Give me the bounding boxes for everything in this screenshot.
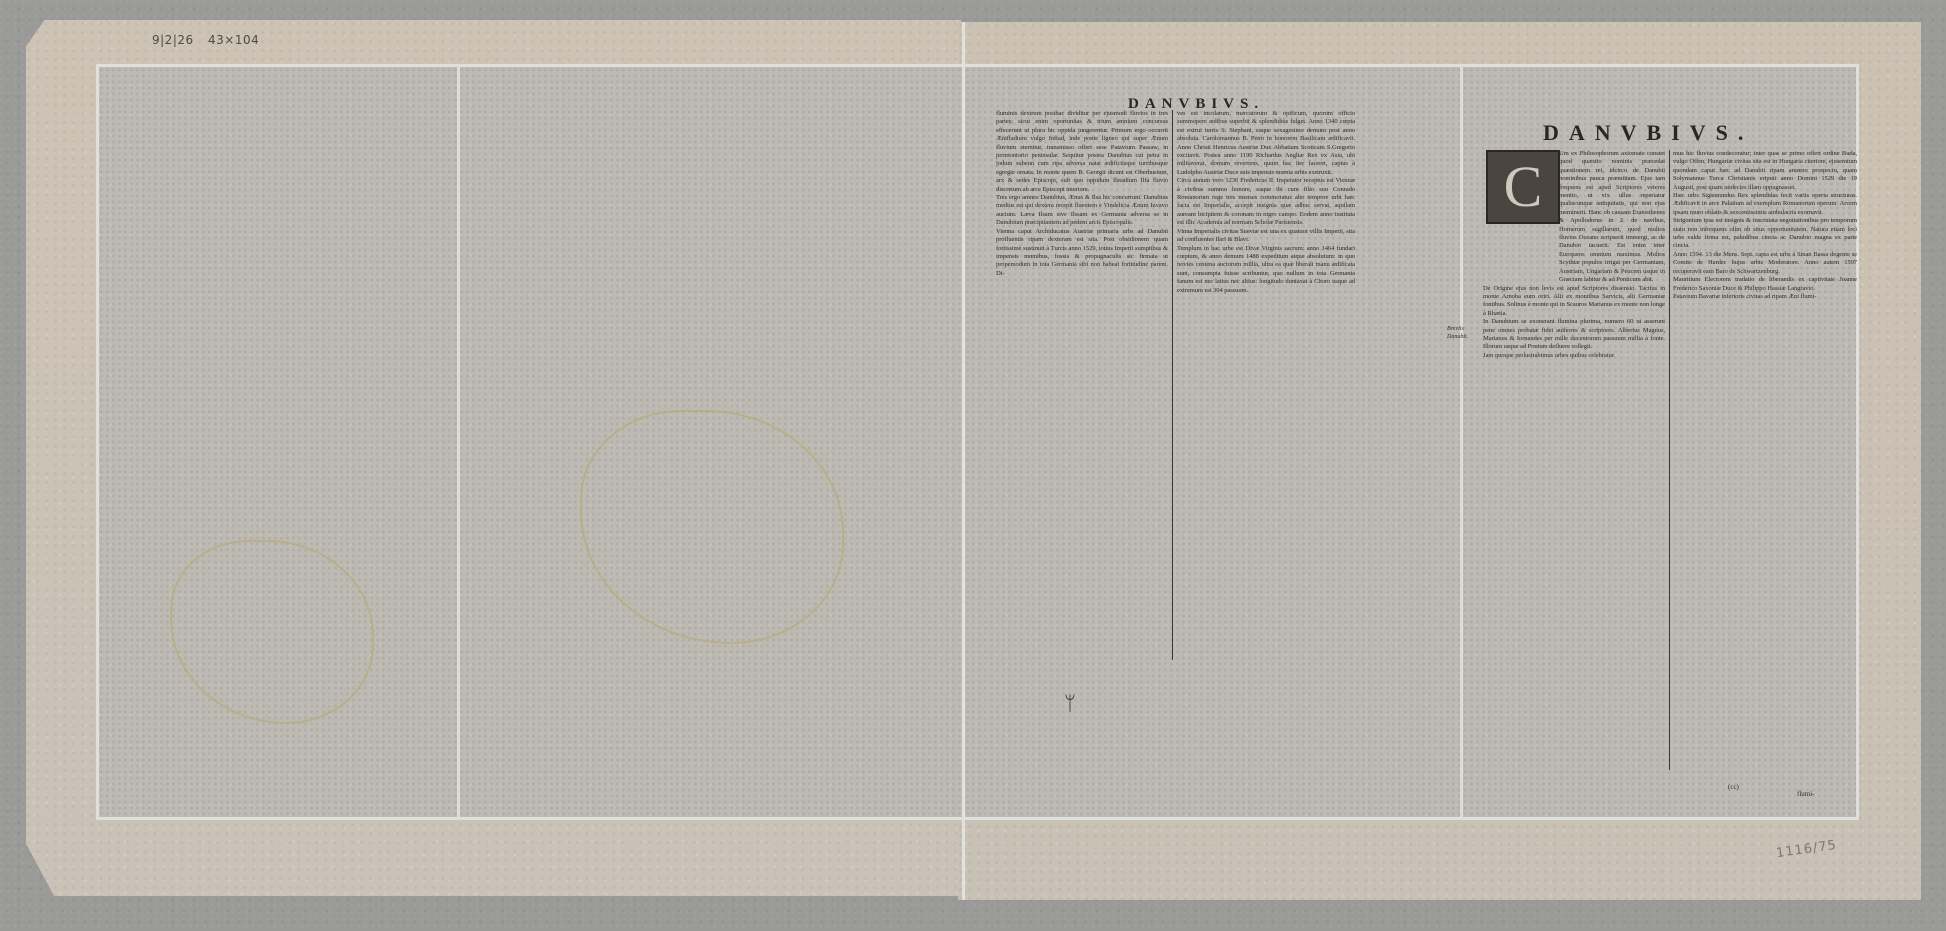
catalog-date-annotation: 9|2|26 xyxy=(152,33,194,47)
paragraph: Hæc urbs Sigismundus Rex splendidas feci… xyxy=(1673,192,1857,217)
page-signature: (cc) xyxy=(1728,783,1739,791)
catchword: flumi- xyxy=(1797,790,1815,798)
fold-line-right xyxy=(1460,66,1463,818)
fold-line-left xyxy=(457,66,460,818)
center-join-line xyxy=(962,22,965,900)
paragraph: fluminis dextrum posthac dividitur per e… xyxy=(996,110,1168,194)
paragraph: Jam quoque perlustrabimus urbes quibus c… xyxy=(1483,352,1665,360)
paragraph: Tres ergo amnes Danubius, Ænus & Ilsa hi… xyxy=(996,194,1168,228)
ink-mark: ᛘ xyxy=(1064,693,1076,716)
paragraph: Strigonium ipsa est insignis & inscrutat… xyxy=(1673,217,1857,251)
dimensions-annotation: 43×104 xyxy=(208,33,259,47)
column-rule xyxy=(1669,150,1670,770)
paragraph: Mauritium Electorem tradatio de liberand… xyxy=(1673,276,1857,293)
heading-danubius-right: DANVBIVS. xyxy=(1543,120,1753,146)
paragraph: Vienna caput Archiducatus Austriæ primar… xyxy=(996,228,1168,278)
column-rule xyxy=(1172,110,1173,660)
paragraph: In Danubium se exonerant flumina plurima… xyxy=(1483,318,1665,352)
paragraph: Circa annum vero 1236 Fredericus II. Imp… xyxy=(1177,177,1355,227)
paragraph: Um ex Philosophorum axiomate constet quo… xyxy=(1483,150,1665,285)
paragraph: Patavium Bavariæ inferioris civitas ad r… xyxy=(1673,293,1857,301)
paragraph: De Origine ejus non levis est apud Scrip… xyxy=(1483,285,1665,319)
text-column-left-2: ves est incolarum, mercatorum & opificum… xyxy=(1177,110,1355,660)
paragraph: Templum in hac urbe est Divæ Virginis sa… xyxy=(1177,245,1355,295)
text-column-right-2: mus hic fluvius condecoratur; inter quas… xyxy=(1673,150,1857,772)
margin-note: Breviis Danubii. xyxy=(1447,325,1479,341)
paragraph: mus hic fluvius condecoratur; inter quas… xyxy=(1673,150,1857,192)
paragraph: Anno 1594. 13 die Mens. Sept. capta est … xyxy=(1673,251,1857,276)
paragraph: Vinna Imperialis civitas Sueviæ est una … xyxy=(1177,228,1355,245)
text-column-left-1: fluminis dextrum posthac dividitur per e… xyxy=(996,110,1168,655)
paragraph: ves est incolarum, mercatorum & opificum… xyxy=(1177,110,1355,177)
text-column-right-1: Um ex Philosophorum axiomate constet quo… xyxy=(1483,150,1665,778)
